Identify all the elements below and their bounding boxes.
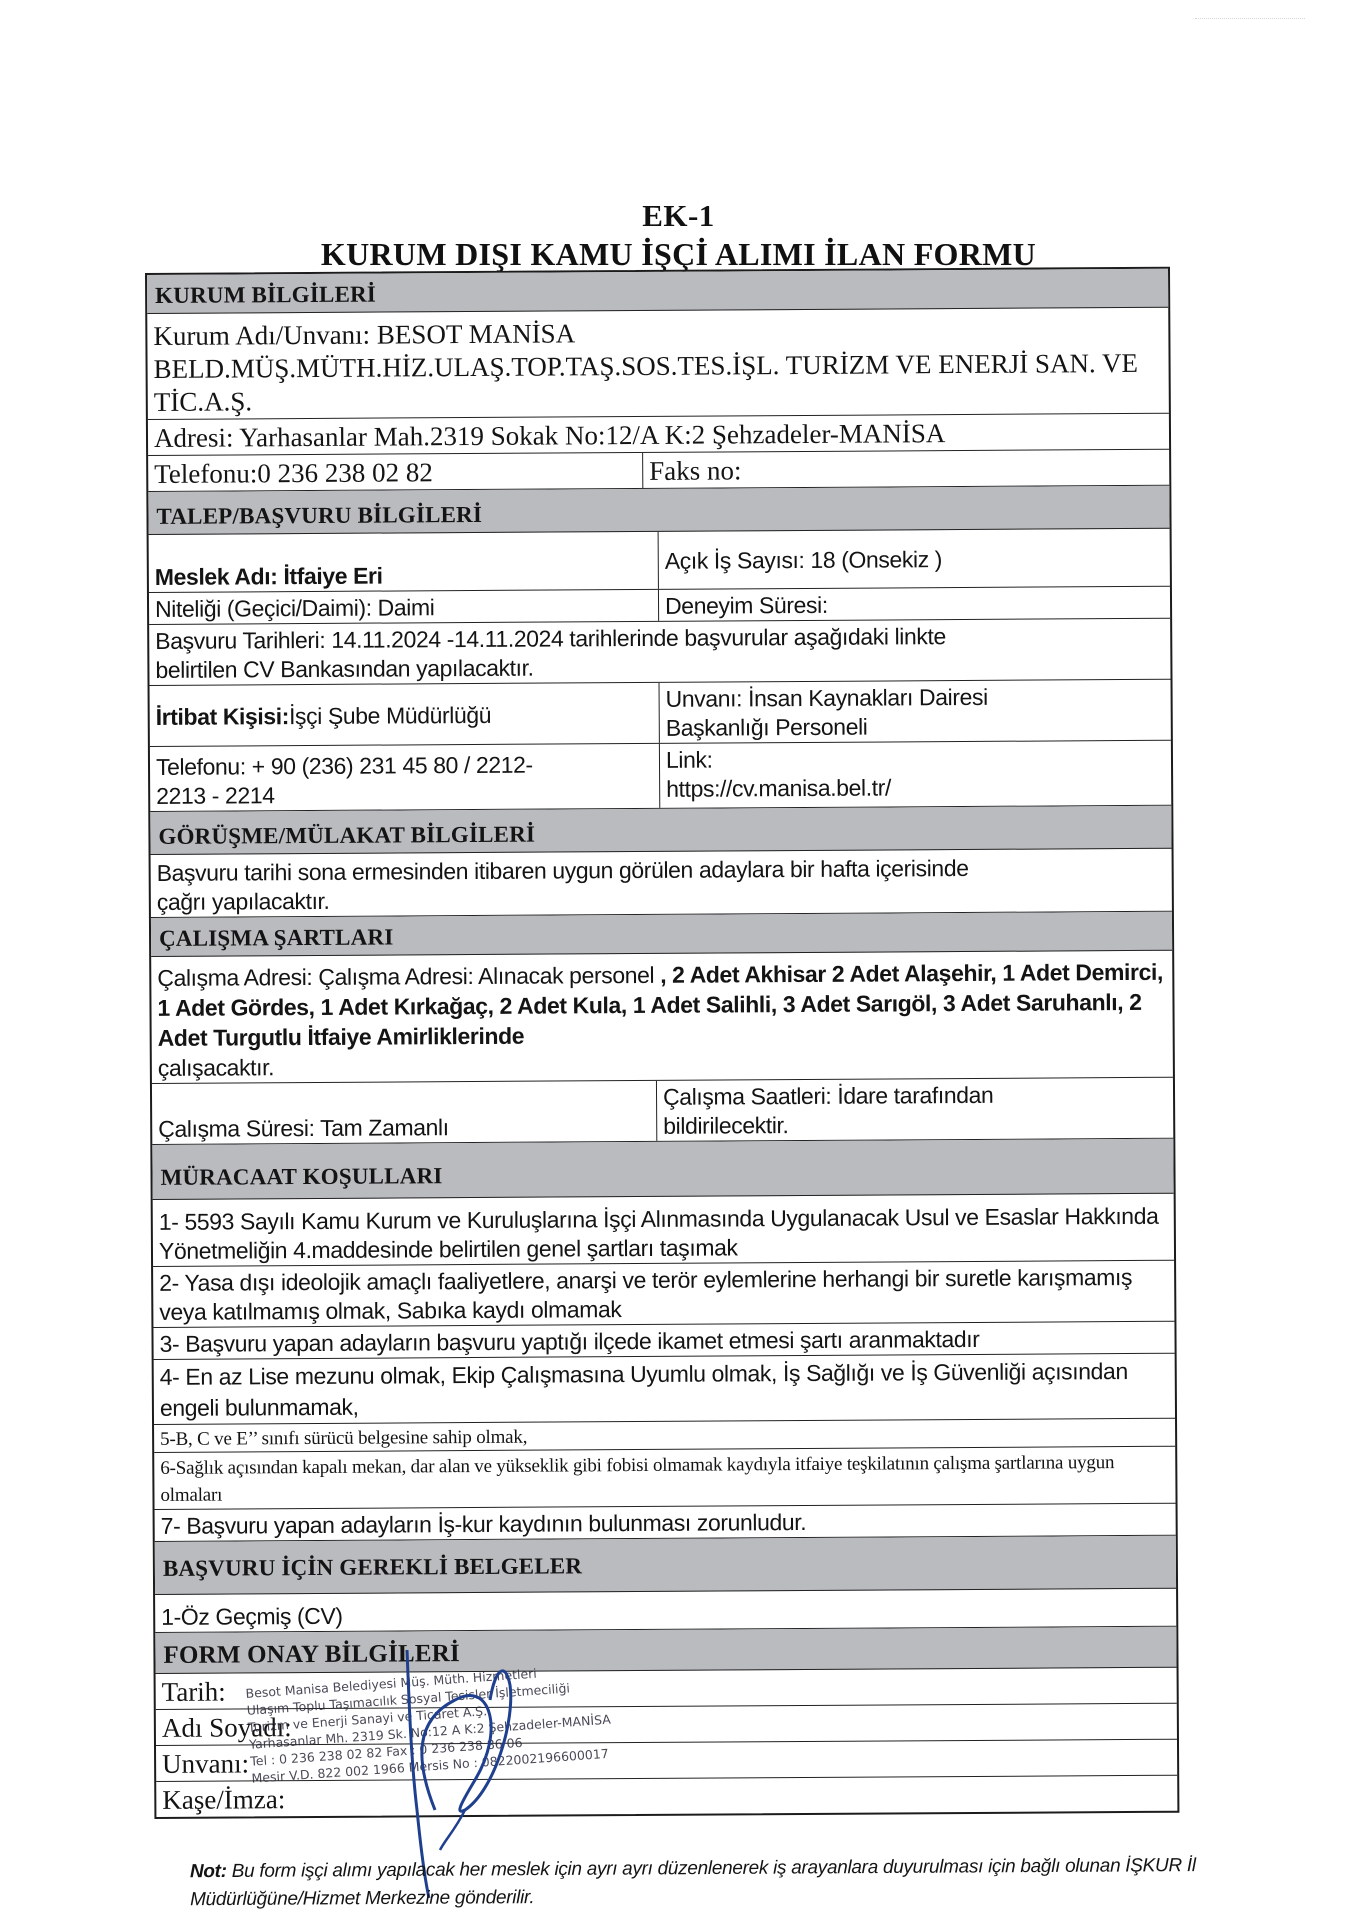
occupation-name: Meslek Adı: İtfaiye Eri <box>149 532 659 592</box>
contact-title-line2: Başkanlığı Personeli <box>666 711 1165 743</box>
work-hours-line2: bildirilecektir. <box>663 1109 1167 1141</box>
row-work-address: Çalışma Adresi: Çalışma Adresi: Alınacak… <box>151 951 1173 1084</box>
application-dates: Başvuru Tarihleri: 14.11.2024 -14.11.202… <box>149 619 1170 685</box>
work-hours-line1: Çalışma Saatleri: İdare tarafından <box>663 1080 1167 1112</box>
work-address-prefix: Çalışma Adresi: Çalışma Adresi: Alınacak… <box>157 962 654 991</box>
row-dates: Başvuru Tarihleri: 14.11.2024 -14.11.202… <box>149 619 1170 686</box>
row-phone-fax: Telefonu:0 236 238 02 82 Faks no: <box>148 450 1169 492</box>
institution-name-line2: BELD.MÜŞ.MÜTH.HİZ.ULAŞ.TOP.TAŞ.SOS.TES.İ… <box>153 347 1162 419</box>
row-work-duration: Çalışma Süresi: Tam Zamanlı Çalışma Saat… <box>152 1078 1173 1145</box>
condition-row: 6-Sağlık açısından kapalı mekan, dar ala… <box>154 1447 1175 1510</box>
section-header-muracaat: MÜRACAAT KOŞULLARI <box>152 1139 1173 1200</box>
institution-name: Kurum Adı/Unvanı: BESOT MANİSA BELD.MÜŞ.… <box>147 308 1169 419</box>
scan-artifact <box>1195 18 1305 21</box>
interview-info-line2: çağrı yapılacaktır. <box>157 882 1166 917</box>
application-link-label: Link: <box>666 743 1165 775</box>
open-positions: Açık İş Sayısı: 18 (Onsekiz ) <box>659 529 1170 589</box>
footer-note-text: Bu form işçi alımı yapılacak her meslek … <box>190 1855 1196 1910</box>
condition-item-6: 6-Sağlık açısından kapalı mekan, dar ala… <box>154 1447 1175 1509</box>
contact-phone-line2: 2213 - 2214 <box>156 779 653 811</box>
document-page: EK-1 KURUM DIŞI KAMU İŞÇİ ALIMI İLAN FOR… <box>0 0 1357 1920</box>
job-posting-form: KURUM BİLGİLERİ Kurum Adı/Unvanı: BESOT … <box>145 267 1179 1819</box>
approval-date-label: Tarih: <box>156 1668 1177 1709</box>
condition-row: 4- En az Lise mezunu olmak, Ekip Çalışma… <box>154 1354 1175 1425</box>
document-row: 1-Öz Geçmiş (CV) <box>155 1589 1176 1633</box>
experience-duration: Deneyim Süresi: <box>659 587 1170 621</box>
condition-row: 2- Yasa dışı ideolojik amaçlı faaliyetle… <box>153 1261 1174 1328</box>
application-link: Link: https://cv.manisa.bel.tr/ <box>660 741 1171 808</box>
application-dates-line2: belirtilen CV Bankasından yapılacaktır. <box>155 650 1164 685</box>
contact-person-label: İrtibat Kişisi: <box>156 702 289 732</box>
required-document-1: 1-Öz Geçmiş (CV) <box>155 1589 1176 1632</box>
annex-label: EK-1 <box>0 198 1357 234</box>
row-approval-stamp: Kaşe/İmza: <box>156 1776 1177 1817</box>
contact-person: İrtibat Kişisi:İşçi Şube Müdürlüğü <box>150 683 660 746</box>
interview-info: Başvuru tarihi sona ermesinden itibaren … <box>151 849 1172 917</box>
contact-title-line1: Unvanı: İnsan Kaynakları Dairesi <box>666 682 1165 714</box>
row-contact: İrtibat Kişisi:İşçi Şube Müdürlüğü Unvan… <box>150 680 1171 747</box>
work-address: Çalışma Adresi: Çalışma Adresi: Alınacak… <box>151 951 1173 1083</box>
row-address: Adresi: Yarhasanlar Mah.2319 Sokak No:12… <box>148 414 1169 456</box>
contact-phone-line1: Telefonu: + 90 (236) 231 45 80 / 2212- <box>156 750 653 782</box>
section-header-onay: FORM ONAY BİLGİLERİ <box>155 1627 1176 1674</box>
application-link-url[interactable]: https://cv.manisa.bel.tr/ <box>666 772 1165 804</box>
row-interview-info: Başvuru tarihi sona ermesinden itibaren … <box>151 849 1172 918</box>
contact-person-value: İşçi Şube Müdürlüğü <box>289 700 491 730</box>
condition-item-2: 2- Yasa dışı ideolojik amaçlı faaliyetle… <box>153 1261 1174 1327</box>
row-approval-name: Adı Soyadı: <box>156 1704 1177 1746</box>
condition-item-7: 7- Başvuru yapan adayların İş-kur kaydın… <box>155 1504 1176 1541</box>
job-nature: Niteliği (Geçici/Daimi): Daimi <box>149 590 659 624</box>
condition-item-1: 1- 5593 Sayılı Kamu Kurum ve Kuruluşları… <box>153 1194 1174 1266</box>
section-header-calisma: ÇALIŞMA ŞARTLARI <box>151 912 1172 957</box>
approval-stamp-label: Kaşe/İmza: <box>156 1776 1177 1817</box>
row-contact-phone-link: Telefonu: + 90 (236) 231 45 80 / 2212- 2… <box>150 741 1171 812</box>
section-header-talep: TALEP/BAŞVURU BİLGİLERİ <box>148 486 1169 535</box>
contact-title: Unvanı: İnsan Kaynakları Dairesi Başkanl… <box>660 680 1171 743</box>
footer-note: Not: Bu form işçi alımı yapılacak her me… <box>190 1852 1240 1914</box>
contact-phone: Telefonu: + 90 (236) 231 45 80 / 2212- 2… <box>150 744 660 811</box>
condition-row: 1- 5593 Sayılı Kamu Kurum ve Kuruluşları… <box>153 1194 1174 1267</box>
row-approval-title: Unvanı: <box>156 1740 1177 1782</box>
institution-fax: Faks no: <box>643 450 1169 488</box>
work-duration: Çalışma Süresi: Tam Zamanlı <box>152 1081 657 1144</box>
footer-note-label: Not: <box>190 1861 227 1882</box>
row-institution-name: Kurum Adı/Unvanı: BESOT MANİSA BELD.MÜŞ.… <box>147 308 1169 420</box>
work-address-suffix: çalışacaktır. <box>158 1047 1167 1083</box>
institution-address: Adresi: Yarhasanlar Mah.2319 Sokak No:12… <box>148 414 1169 455</box>
work-hours: Çalışma Saatleri: İdare tarafından bildi… <box>657 1078 1173 1141</box>
condition-item-3: 3- Başvuru yapan adayların başvuru yaptı… <box>153 1322 1174 1359</box>
approval-title-label: Unvanı: <box>156 1740 1177 1781</box>
section-header-gorusme: GÖRÜŞME/MÜLAKAT BİLGİLERİ <box>150 806 1171 855</box>
row-occupation: Meslek Adı: İtfaiye Eri Açık İş Sayısı: … <box>149 529 1170 593</box>
approval-name-label: Adı Soyadı: <box>156 1704 1177 1745</box>
section-header-belgeler: BAŞVURU İÇİN GEREKLİ BELGELER <box>155 1536 1176 1595</box>
condition-item-4: 4- En az Lise mezunu olmak, Ekip Çalışma… <box>154 1354 1175 1424</box>
section-header-kurum: KURUM BİLGİLERİ <box>147 269 1168 314</box>
row-approval-date: Tarih: <box>156 1668 1177 1710</box>
institution-phone: Telefonu:0 236 238 02 82 <box>148 453 643 491</box>
